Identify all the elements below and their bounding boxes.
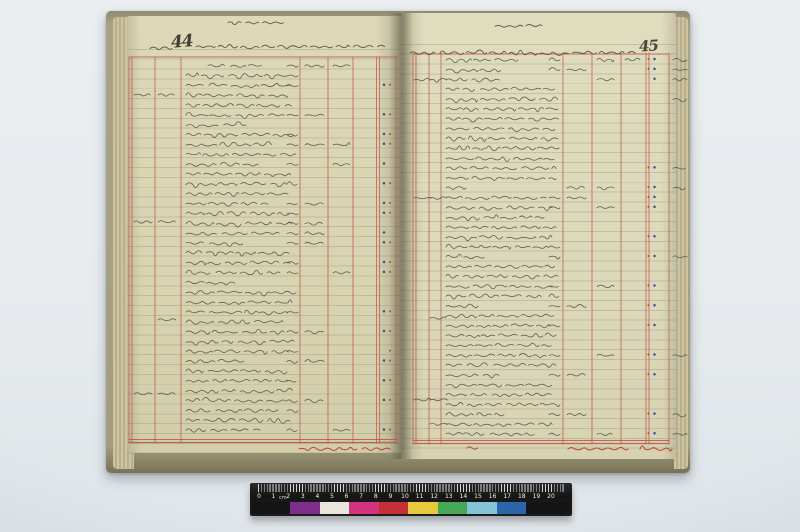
ruler-number-7: 7	[359, 492, 363, 501]
ruler-number-3: 3	[301, 492, 305, 501]
ruler-number-18: 18	[518, 492, 526, 501]
ruler-number-10: 10	[401, 492, 409, 501]
ruler-number-1: 1	[272, 492, 276, 501]
ruler-color-patches	[252, 502, 570, 514]
ruler-patch-black-end	[526, 502, 570, 514]
ruler-patch-blue	[497, 502, 527, 514]
book-gutter-shadow	[389, 13, 413, 459]
ruler-patch-light-blue	[467, 502, 497, 514]
left-page	[127, 16, 401, 453]
ruler-unit-label: cm	[279, 495, 287, 501]
ruler-patch-yellow	[408, 502, 438, 514]
right-page-edges	[674, 17, 688, 469]
ruler-patch-red	[379, 502, 409, 514]
ruler-number-13: 13	[445, 492, 453, 501]
ruler-number-19: 19	[533, 492, 541, 501]
ruler-number-6: 6	[345, 492, 349, 501]
right-page-ruled-lines	[401, 35, 676, 455]
ruler-number-20: 20	[547, 492, 555, 501]
ruler-number-12: 12	[430, 492, 438, 501]
ruler-number-11: 11	[416, 492, 424, 501]
ruler-number-17: 17	[503, 492, 511, 501]
ruler-number-4: 4	[315, 492, 319, 501]
color-scale-ruler: 01234567891011121314151617181920 cm	[250, 483, 572, 516]
ruler-patch-white	[320, 502, 350, 514]
ruler-number-16: 16	[489, 492, 497, 501]
ruler-number-15: 15	[474, 492, 482, 501]
right-page	[401, 13, 676, 459]
ruler-tick-marks	[258, 484, 564, 492]
ruler-number-14: 14	[460, 492, 468, 501]
ruler-patch-purple	[290, 502, 320, 514]
ledger-book	[106, 11, 690, 473]
ruler-patch-green	[438, 502, 468, 514]
ruler-number-8: 8	[374, 492, 378, 501]
ruler-patch-black	[252, 502, 290, 514]
ruler-patch-magenta	[349, 502, 379, 514]
ruler-number-9: 9	[388, 492, 392, 501]
left-page-ruled-lines	[127, 40, 401, 454]
ruler-number-0: 0	[257, 492, 261, 501]
ledger-photograph: 44 45 01234567891011121314151617181920 c…	[0, 0, 800, 532]
ruler-numbers: 01234567891011121314151617181920	[250, 492, 572, 501]
ruler-number-5: 5	[330, 492, 334, 501]
